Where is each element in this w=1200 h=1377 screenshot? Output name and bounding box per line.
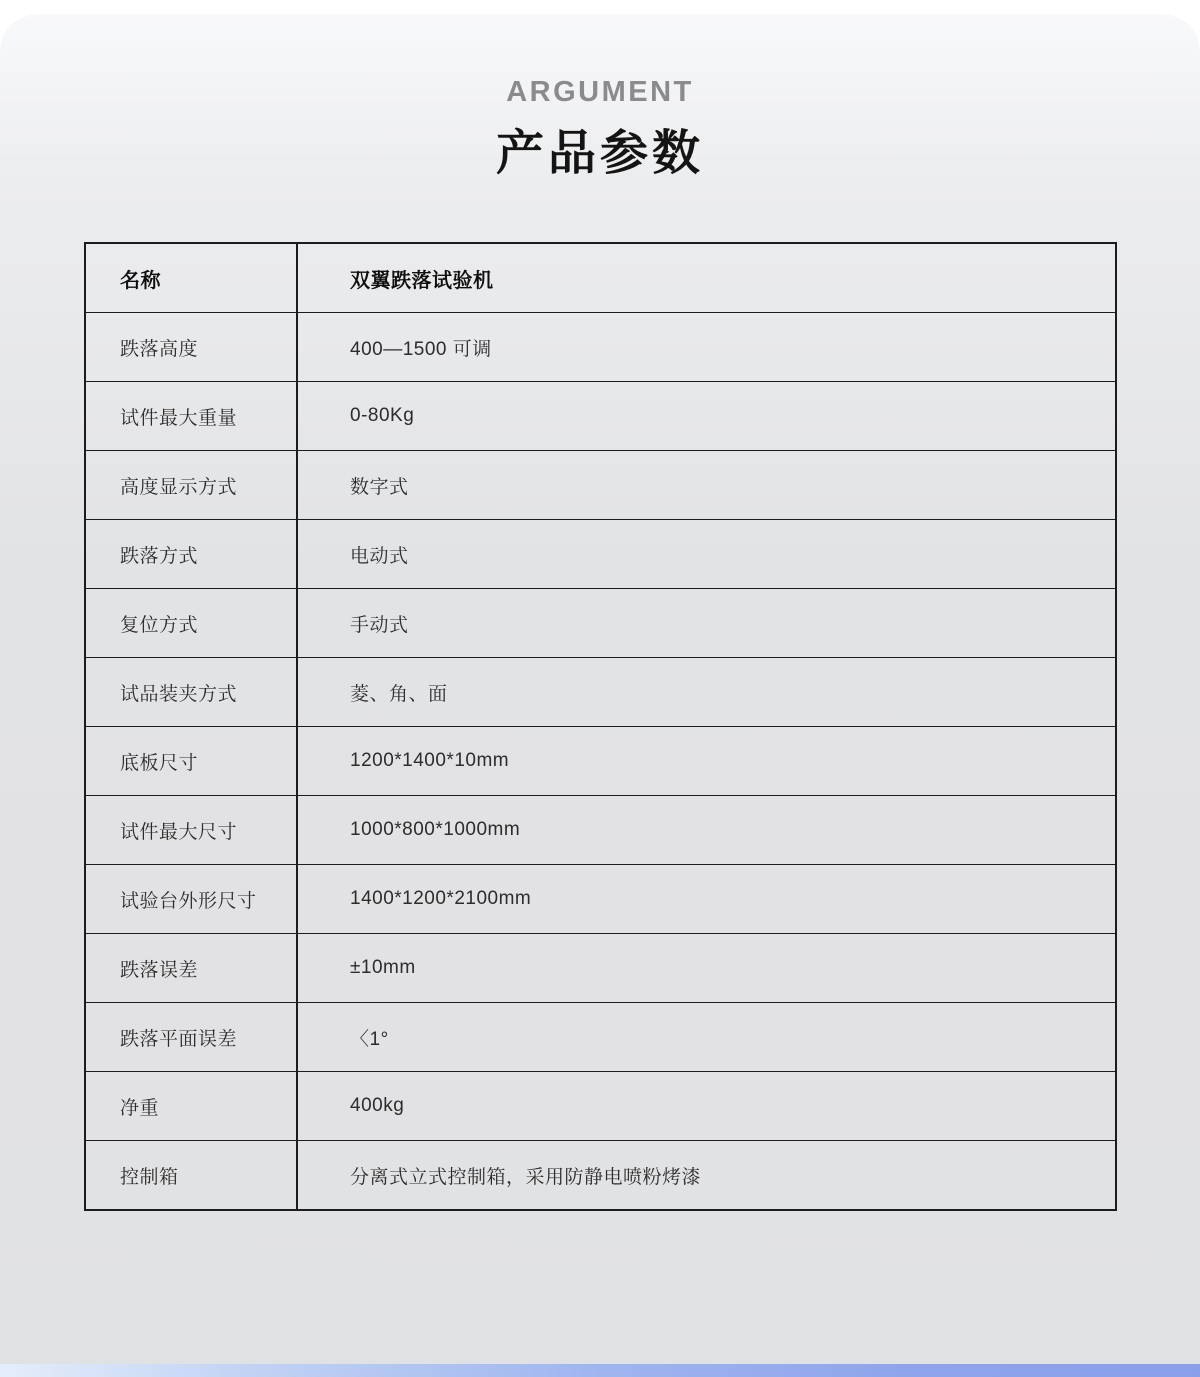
spec-label: 高度显示方式 bbox=[86, 451, 296, 519]
table-row: 控制箱 分离式立式控制箱，采用防静电喷粉烤漆 bbox=[86, 1140, 1115, 1209]
spec-label: 跌落平面误差 bbox=[86, 1003, 296, 1071]
spec-label: 净重 bbox=[86, 1072, 296, 1140]
spec-value: 400kg bbox=[296, 1072, 1115, 1140]
spec-value: 手动式 bbox=[296, 589, 1115, 657]
table-row: 跌落方式 电动式 bbox=[86, 519, 1115, 588]
spec-table: 名称 双翼跌落试验机 跌落高度 400—1500 可调 试件最大重量 0-80K… bbox=[84, 242, 1117, 1211]
section-title: 产品参数 bbox=[0, 114, 1200, 183]
spec-value: 400—1500 可调 bbox=[296, 313, 1115, 381]
spec-label: 底板尺寸 bbox=[86, 727, 296, 795]
spec-value: 电动式 bbox=[296, 520, 1115, 588]
product-parameters-section: ARGUMENT 产品参数 名称 双翼跌落试验机 跌落高度 400—1500 可… bbox=[0, 0, 1200, 1377]
table-row: 跌落平面误差 〈1° bbox=[86, 1002, 1115, 1071]
table-header-row: 名称 双翼跌落试验机 bbox=[86, 244, 1115, 312]
bottom-accent-bar bbox=[0, 1364, 1200, 1377]
spec-label: 控制箱 bbox=[86, 1141, 296, 1209]
spec-label: 跌落误差 bbox=[86, 934, 296, 1002]
spec-label: 跌落方式 bbox=[86, 520, 296, 588]
spec-value: ±10mm bbox=[296, 934, 1115, 1002]
table-row: 试验台外形尺寸 1400*1200*2100mm bbox=[86, 864, 1115, 933]
content-card: ARGUMENT 产品参数 名称 双翼跌落试验机 跌落高度 400—1500 可… bbox=[0, 14, 1200, 1377]
spec-value: 1000*800*1000mm bbox=[296, 796, 1115, 864]
spec-value: 1400*1200*2100mm bbox=[296, 865, 1115, 933]
spec-label: 名称 bbox=[86, 244, 296, 312]
table-row: 跌落误差 ±10mm bbox=[86, 933, 1115, 1002]
spec-value: 分离式立式控制箱，采用防静电喷粉烤漆 bbox=[296, 1141, 1115, 1209]
spec-value: 数字式 bbox=[296, 451, 1115, 519]
spec-label: 试品装夹方式 bbox=[86, 658, 296, 726]
spec-value: 〈1° bbox=[296, 1003, 1115, 1071]
table-row: 高度显示方式 数字式 bbox=[86, 450, 1115, 519]
spec-value: 双翼跌落试验机 bbox=[296, 244, 1115, 312]
spec-value: 0-80Kg bbox=[296, 382, 1115, 450]
spec-value: 菱、角、面 bbox=[296, 658, 1115, 726]
spec-value: 1200*1400*10mm bbox=[296, 727, 1115, 795]
spec-label: 跌落高度 bbox=[86, 313, 296, 381]
spec-label: 复位方式 bbox=[86, 589, 296, 657]
table-row: 底板尺寸 1200*1400*10mm bbox=[86, 726, 1115, 795]
table-row: 净重 400kg bbox=[86, 1071, 1115, 1140]
table-row: 试品装夹方式 菱、角、面 bbox=[86, 657, 1115, 726]
table-row: 试件最大重量 0-80Kg bbox=[86, 381, 1115, 450]
table-row: 复位方式 手动式 bbox=[86, 588, 1115, 657]
section-eyebrow: ARGUMENT bbox=[0, 76, 1200, 109]
spec-label: 试件最大尺寸 bbox=[86, 796, 296, 864]
spec-label: 试件最大重量 bbox=[86, 382, 296, 450]
spec-label: 试验台外形尺寸 bbox=[86, 865, 296, 933]
table-row: 试件最大尺寸 1000*800*1000mm bbox=[86, 795, 1115, 864]
table-row: 跌落高度 400—1500 可调 bbox=[86, 312, 1115, 381]
